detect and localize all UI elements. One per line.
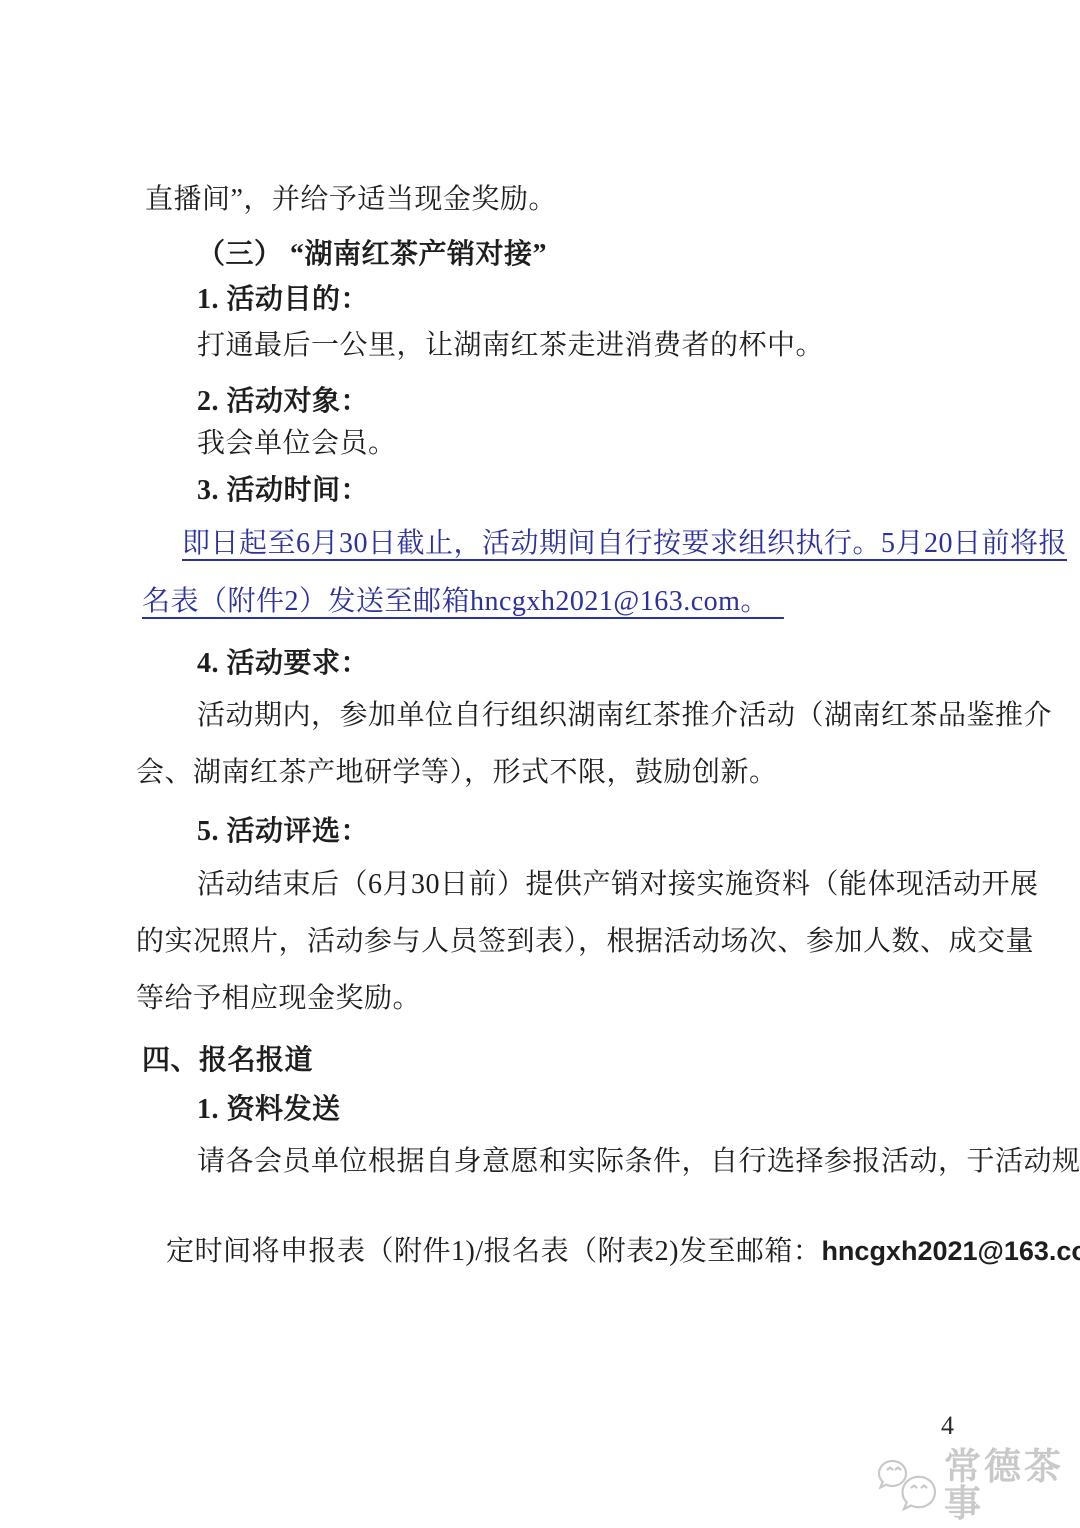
paragraph-line: 请各会员单位根据自身意愿和实际条件，自行选择参报活动，于活动规 [197, 1145, 1080, 1179]
section-heading-3: （三） “湖南红茶产销对接” [197, 238, 547, 272]
hyperlink-line-email[interactable]: 名表（附件2）发送至邮箱hncgxh2021@163.com。 [142, 585, 784, 619]
paragraph-line: 打通最后一公里，让湖南红茶走进消费者的杯中。 [197, 329, 824, 363]
paragraph-line-with-email: 定时间将申报表（附件1)/报名表（附表2)发至邮箱：hncgxh2021@163… [136, 1200, 1080, 1303]
watermark-label: 常德茶事 [944, 1448, 1080, 1522]
section-heading-4-signup: 四、报名报道 [142, 1044, 313, 1078]
paragraph-text: 定时间将申报表（附件1)/报名表（附表2)发至邮箱： [166, 1236, 821, 1267]
hyperlink-line[interactable]: 即日起至6月30日截止，活动期间自行按要求组织执行。5月20日前将报 [182, 527, 1067, 561]
paragraph-line: 直播间”，并给予适当现金奖励。 [145, 183, 557, 217]
document-page: 直播间”，并给予适当现金奖励。 （三） “湖南红茶产销对接” 1. 活动目的： … [0, 0, 1080, 1528]
watermark: 常德茶事 [876, 1448, 1080, 1522]
subheading-activity-target: 2. 活动对象： [197, 385, 369, 419]
paragraph-line: 会、湖南红茶产地研学等），形式不限，鼓励创新。 [136, 756, 778, 790]
paragraph-line: 等给予相应现金奖励。 [136, 982, 421, 1016]
paragraph-line: 活动期内，参加单位自行组织湖南红茶推介活动（湖南红茶品鉴推介 [197, 699, 1052, 733]
paragraph-line: 的实况照片，活动参与人员签到表），根据活动场次、参加人数、成交量 [136, 925, 1034, 959]
subheading-activity-purpose: 1. 活动目的： [197, 283, 369, 317]
page-number: 4 [941, 1411, 954, 1441]
subheading-activity-selection: 5. 活动评选： [197, 815, 369, 849]
subheading-activity-time: 3. 活动时间： [197, 474, 369, 508]
email-address[interactable]: hncgxh2021@163.com [821, 1236, 1080, 1266]
subheading-activity-requirements: 4. 活动要求： [197, 647, 369, 681]
paragraph-line: 活动结束后（6月30日前）提供产销对接实施资料（能体现活动开展 [197, 868, 1039, 902]
paragraph-line: 我会单位会员。 [197, 427, 397, 461]
wechat-icon [876, 1456, 938, 1514]
subheading-material-send: 1. 资料发送 [197, 1093, 341, 1127]
